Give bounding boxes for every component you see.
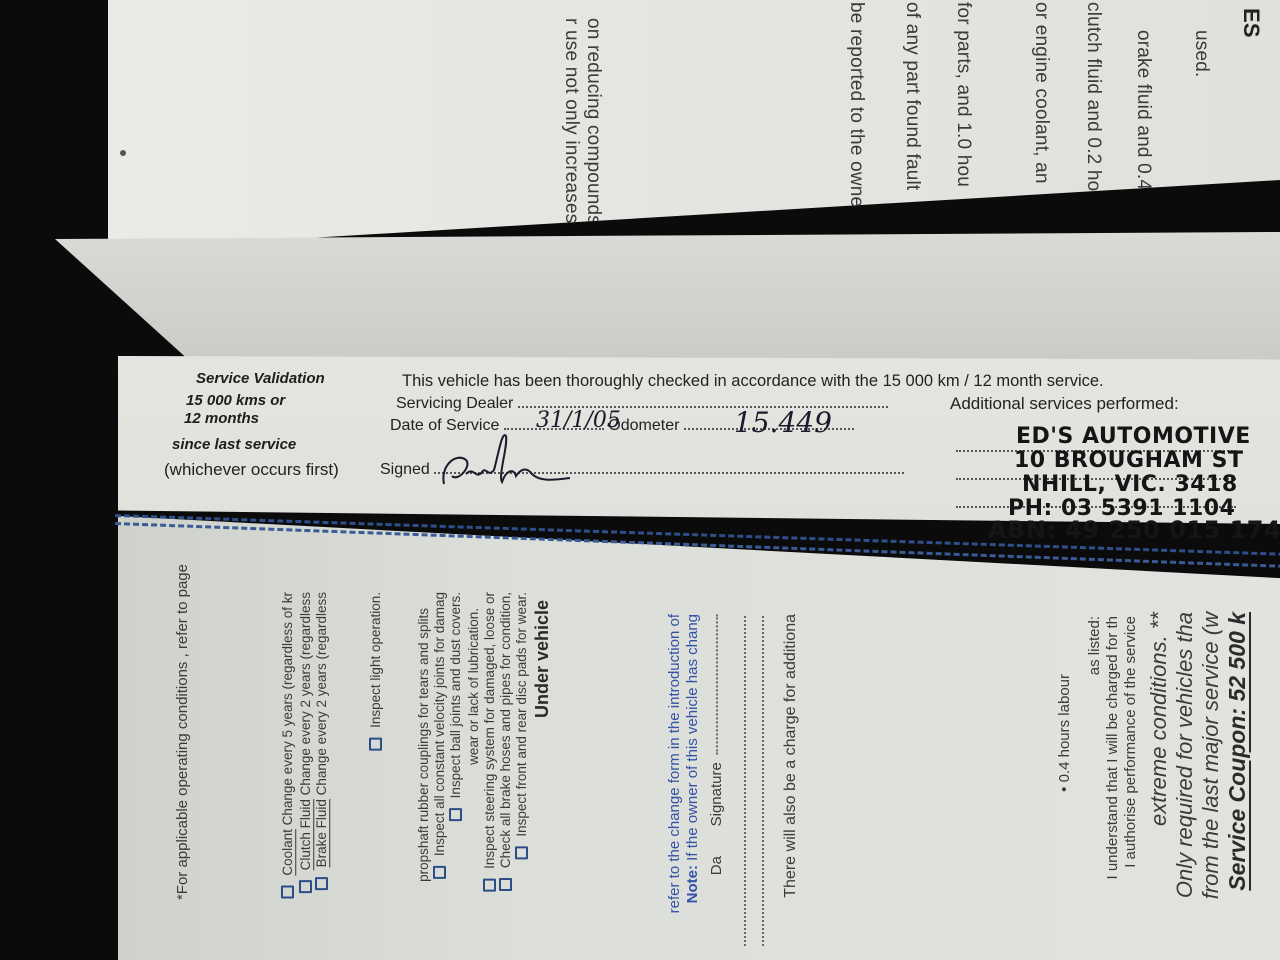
validation-title: Service Validation [196,370,325,387]
coupon-title: Service Coupon: 52 500 k [1224,612,1251,891]
paper-mark [120,150,126,156]
checkbox[interactable] [316,877,329,890]
charge-line-1[interactable] [762,616,764,946]
checkbox[interactable] [370,738,383,751]
checkbox[interactable] [500,878,513,891]
checklist-item[interactable]: Check all brake hoses and pipes for cond… [498,592,513,891]
top-line: r use not only increases [560,18,582,223]
checkbox[interactable] [434,866,447,879]
fluid-item-clutch[interactable]: Clutch Fluid Change every 2 years (regar… [298,592,313,893]
coupon-subtitle-3: extreme conditions. ** [1146,612,1172,826]
validation-since: since last service [172,436,296,453]
checkbox[interactable] [450,808,463,821]
validation-km: 15 000 kms or [186,392,285,409]
checkbox[interactable] [484,879,497,892]
coupon-subtitle-1: from the last major service (w [1198,612,1224,899]
dealer-label: Servicing Dealer [396,395,513,412]
dealer-line [518,394,888,408]
top-page: ES used. orake fluid and 0.4 ho clutch f… [108,0,1280,250]
signature-line [716,614,718,754]
validation-statement: This vehicle has been thoroughly checked… [402,372,1104,391]
top-line: clutch fluid and 0.2 ho [1082,2,1104,191]
validation-whichever: (whichever occurs first) [164,460,339,480]
authorise-line-1: I authorise performance of the service [1122,616,1139,868]
checkbox[interactable] [300,880,313,893]
checklist-item[interactable]: Inspect front and rear disc pads for wea… [514,592,529,859]
signature-scrawl-icon [436,426,576,496]
checklist-continuation: wear or lack of lubrication. [466,608,481,765]
checklist-item[interactable]: Inspect light operation. [368,592,383,751]
date-label-fragment: Da [708,856,725,875]
signature-field[interactable]: Signature [708,614,725,826]
checkbox[interactable] [516,846,529,859]
top-line: of any part found fault [901,2,923,190]
note-label: Note: [684,865,701,903]
stamp-abn: ABN: 49 250 015 174 [988,516,1280,544]
note-text-1: If the owner of this vehicle has chang [684,614,701,861]
footnote: *For applicable operating conditions , r… [174,564,191,900]
top-line: on reducing compounds [582,18,604,225]
checklist-continuation: propshaft rubber couplings for tears and… [416,608,431,882]
top-line: for parts, and 1.0 hou [952,2,974,187]
service-coupon-page: Service Coupon: 52 500 k from the last m… [118,516,1280,960]
stamp-name: ED'S AUTOMOTIVE [1016,424,1251,449]
validation-months: 12 months [184,410,259,427]
checklist-item[interactable]: Inspect steering system for damaged, loo… [482,592,497,892]
top-line: be reported to the owner [845,2,867,214]
service-validation-strip: Service Validation 15 000 kms or 12 mont… [118,356,1280,524]
fluid-item-coolant[interactable]: Coolant Change every 5 years (regardless… [280,592,295,898]
authorise-line-3: as listed: [1086,616,1103,675]
checklist-item[interactable]: Inspect all constant velocity joints for… [432,592,447,879]
note-line-2: refer to the change form in the introduc… [666,614,683,913]
handwritten-odometer: 15.449 [734,406,832,439]
coupon-subtitle-2: Only required for vehicles tha [1172,612,1198,898]
top-line: used. [1190,30,1212,77]
stamp-street: 10 BROUGHAM ST [1014,448,1243,473]
note-line-1: Note: If the owner of this vehicle has c… [684,614,701,903]
fluid-item-brake[interactable]: Brake Fluid Change every 2 years (regard… [314,592,329,890]
additional-services-label: Additional services performed: [950,394,1179,414]
labour-item: • 0.4 hours labour [1056,674,1073,792]
signature-label: Signature [708,762,725,826]
page-heading-fragment: ES [1238,8,1264,38]
stamp-town: NHILL, VIC. 3418 [1022,472,1238,497]
authorise-line-2: I understand that I will be charged for … [1104,616,1121,880]
top-line: orake fluid and 0.4 ho [1132,30,1154,217]
checklist-item[interactable]: Inspect ball joints and dust covers. [448,592,463,821]
charge-line-2[interactable] [744,616,746,946]
checkbox[interactable] [282,885,295,898]
additional-charge-text: There will also be a charge for addition… [782,614,800,898]
under-vehicle-heading: Under vehicle [532,600,553,718]
top-line: or engine coolant, an [1030,2,1052,184]
page-fold [55,232,1280,372]
signed-label: Signed [380,461,430,478]
